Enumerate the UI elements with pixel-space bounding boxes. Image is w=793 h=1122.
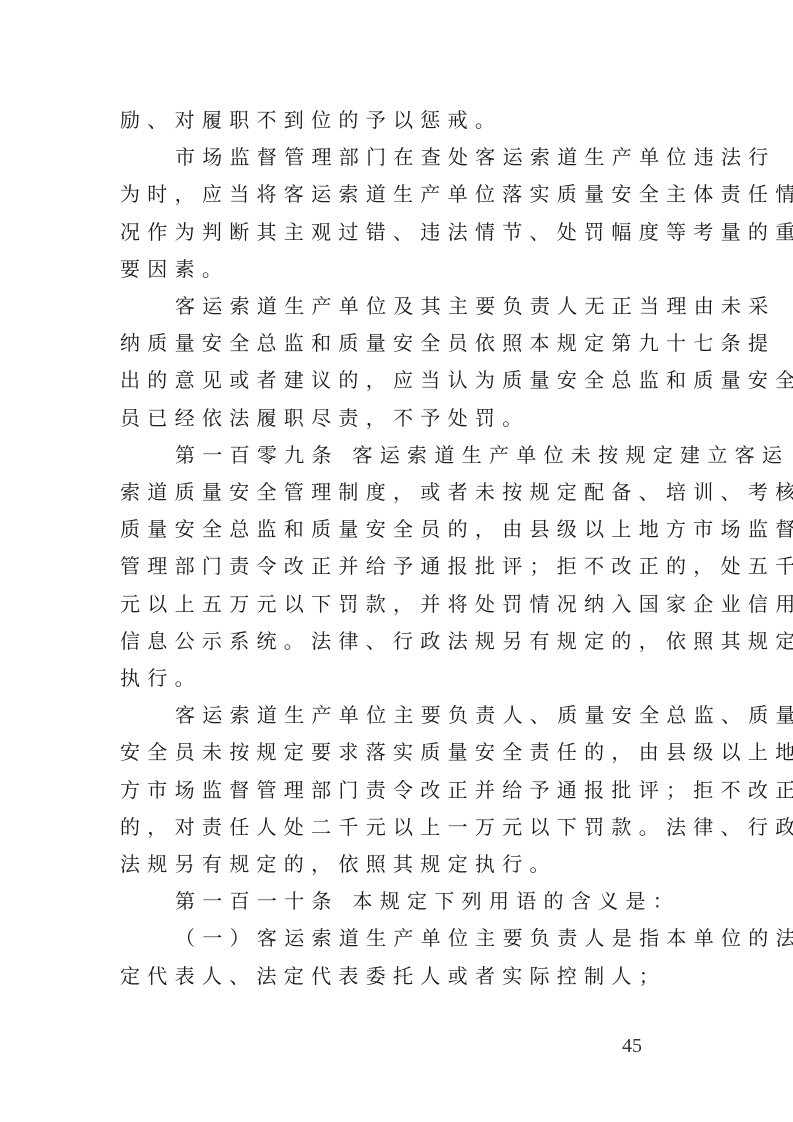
- text-line: 客运索道生产单位及其主要负责人无正当理由未采: [175, 288, 670, 325]
- page-number: 45: [622, 1035, 642, 1058]
- text-line: （一）客运索道生产单位主要负责人是指本单位的法: [175, 920, 670, 957]
- text-line: 定代表人、法定代表委托人或者实际控制人；: [120, 958, 670, 995]
- text-line: 客运索道生产单位主要负责人、质量安全总监、质量: [175, 697, 670, 734]
- text-line: 况作为判断其主观过错、违法情节、处罚幅度等考量的重: [120, 214, 670, 251]
- text-line: 纳质量安全总监和质量安全员依照本规定第九十七条提: [120, 325, 670, 362]
- text-line: 执行。: [120, 660, 670, 697]
- text-line: 员已经依法履职尽责，不予处罚。: [120, 400, 670, 437]
- text-line: 要因素。: [120, 251, 670, 288]
- text-line: 市场监督管理部门在查处客运索道生产单位违法行: [175, 139, 670, 176]
- text-line: 信息公示系统。法律、行政法规另有规定的，依照其规定: [120, 623, 670, 660]
- text-line: 第一百一十条 本规定下列用语的含义是：: [175, 883, 670, 920]
- text-line: 为时，应当将客运索道生产单位落实质量安全主体责任情: [120, 176, 670, 213]
- text-line: 法规另有规定的，依照其规定执行。: [120, 846, 670, 883]
- text-line: 励、对履职不到位的予以惩戒。: [120, 102, 670, 139]
- text-line: 元以上五万元以下罚款，并将处罚情况纳入国家企业信用: [120, 586, 670, 623]
- text-line: 索道质量安全管理制度，或者未按规定配备、培训、考核: [120, 474, 670, 511]
- text-line: 第一百零九条 客运索道生产单位未按规定建立客运: [175, 437, 670, 474]
- text-line: 安全员未按规定要求落实质量安全责任的，由县级以上地: [120, 734, 670, 771]
- text-line: 的，对责任人处二千元以上一万元以下罚款。法律、行政: [120, 809, 670, 846]
- text-line: 出的意见或者建议的，应当认为质量安全总监和质量安全: [120, 362, 670, 399]
- text-line: 管理部门责令改正并给予通报批评；拒不改正的，处五千: [120, 548, 670, 585]
- document-page: 励、对履职不到位的予以惩戒。市场监督管理部门在查处客运索道生产单位违法行为时，应…: [0, 0, 793, 1122]
- text-line: 方市场监督管理部门责令改正并给予通报批评；拒不改正: [120, 772, 670, 809]
- text-line: 质量安全总监和质量安全员的，由县级以上地方市场监督: [120, 511, 670, 548]
